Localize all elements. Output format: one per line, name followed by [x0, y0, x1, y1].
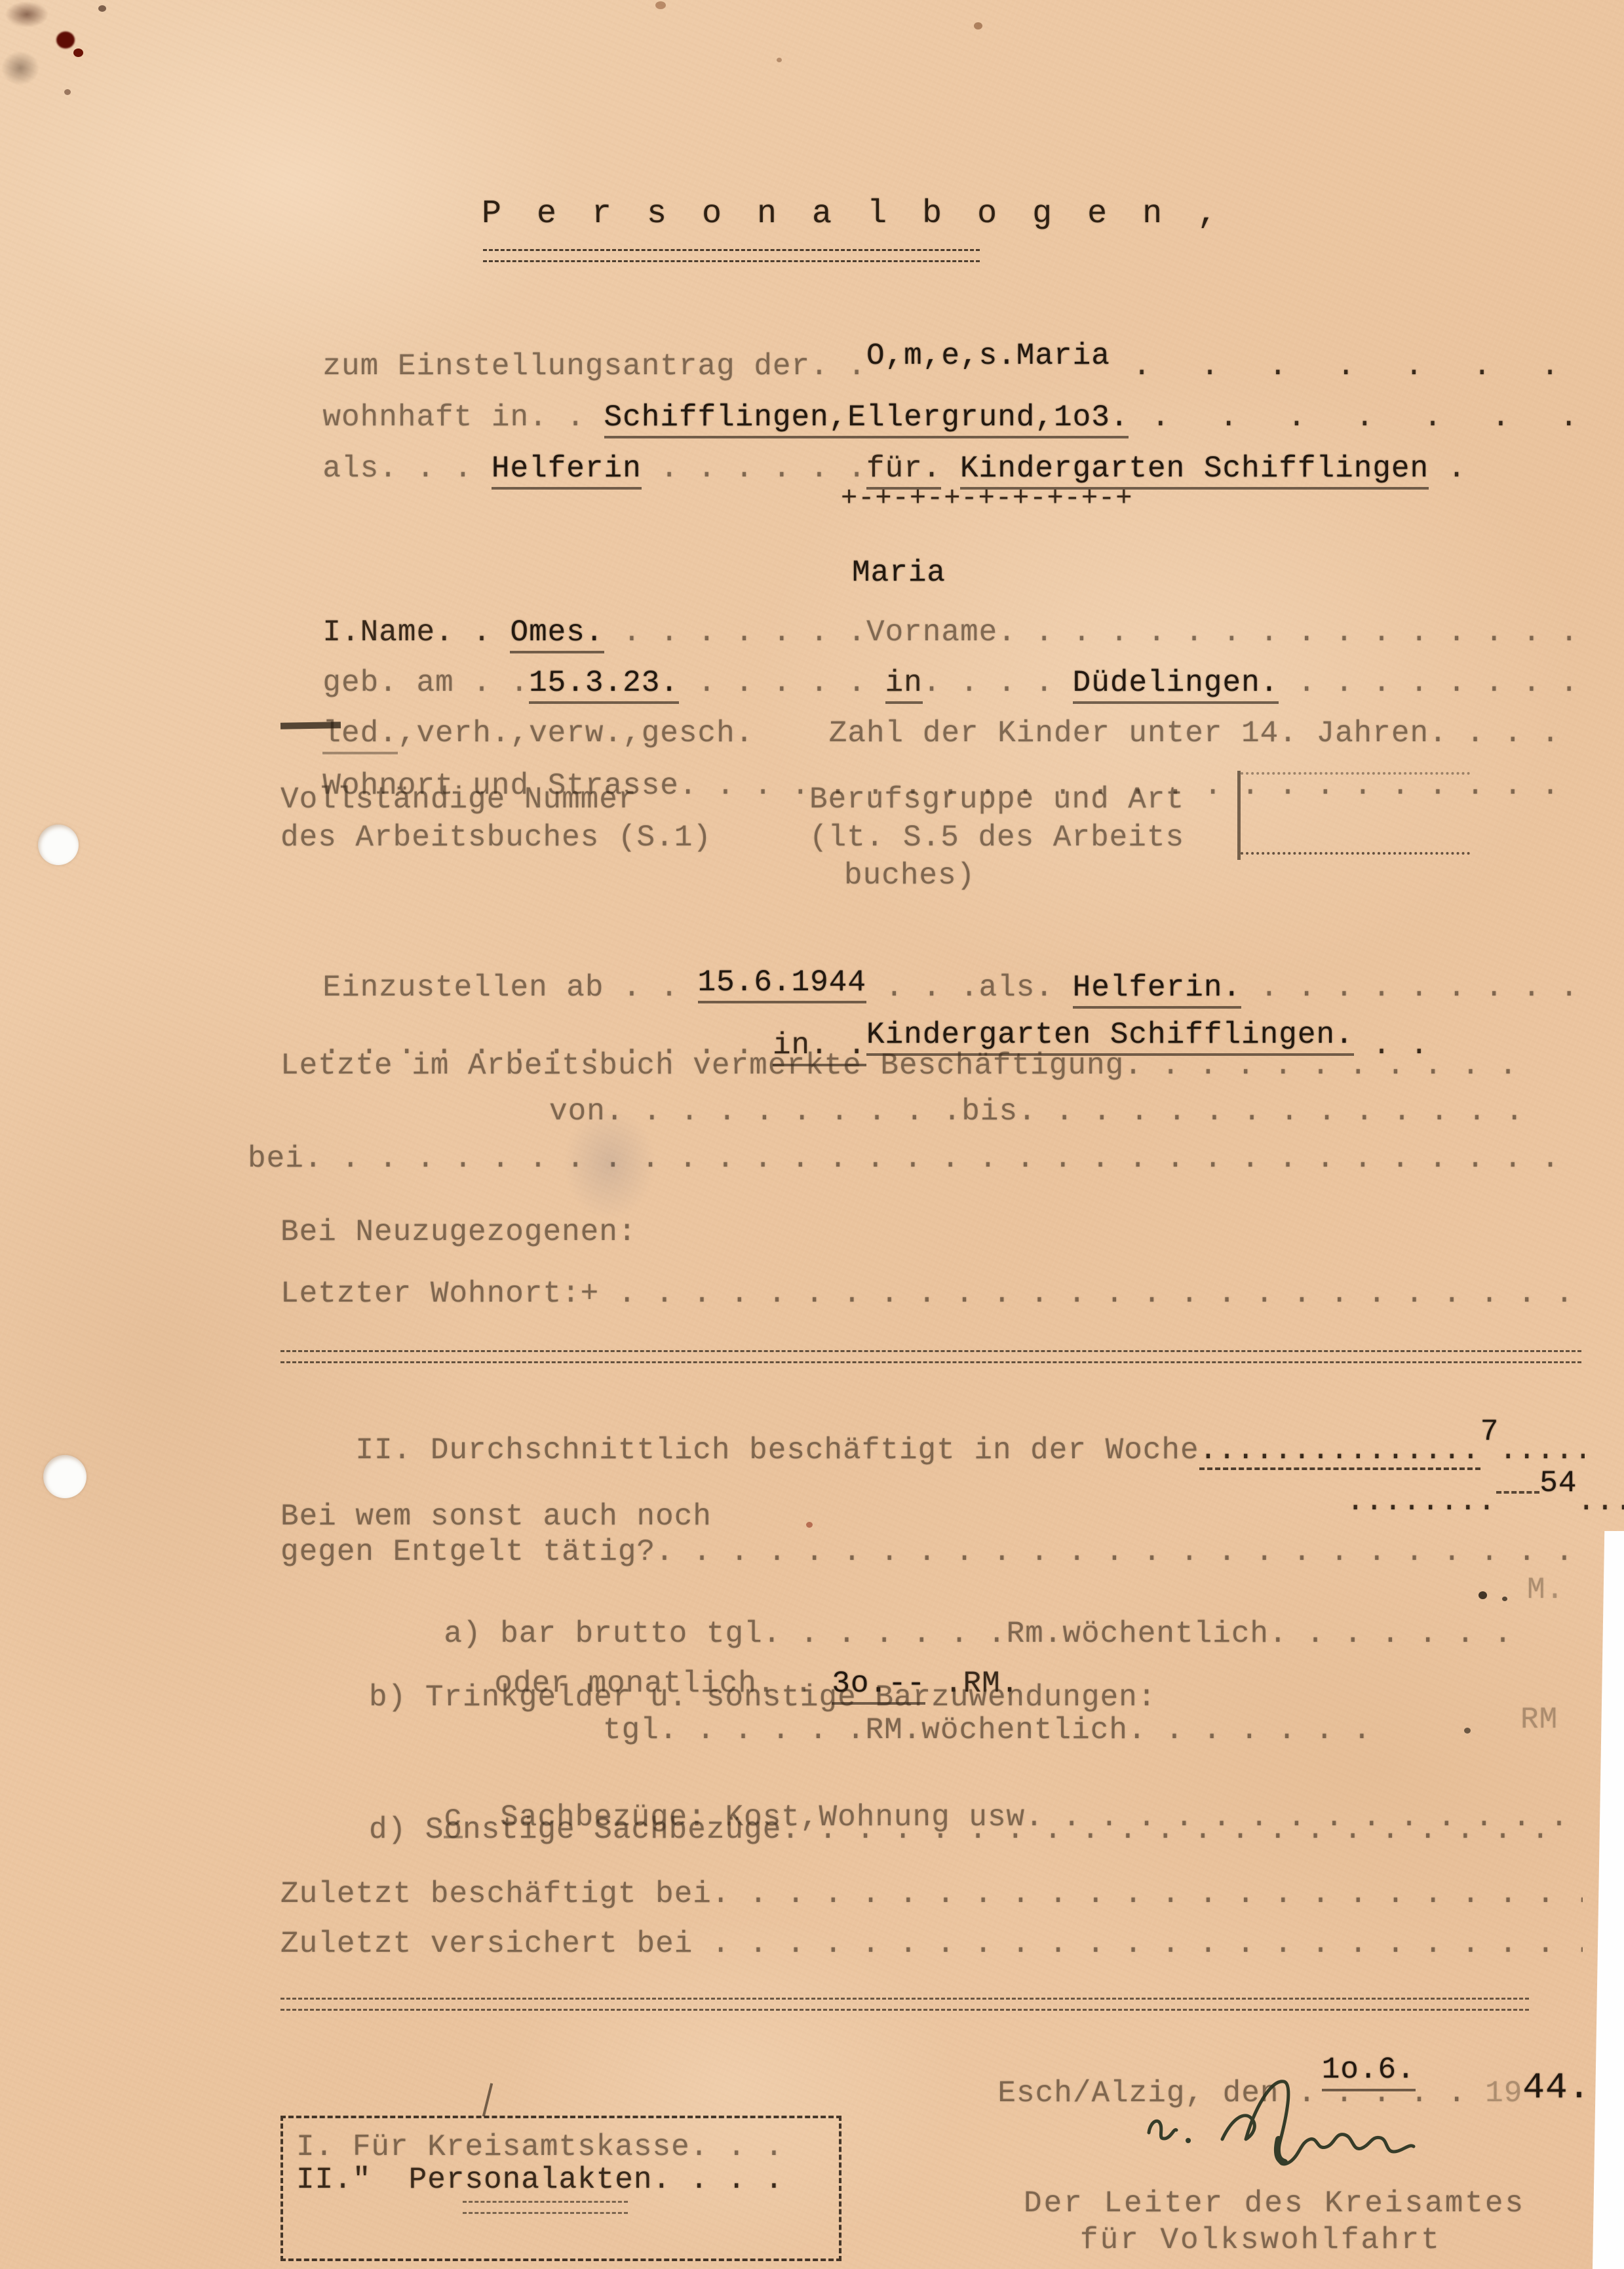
ink-stain [5, 1, 48, 28]
field-zuletzt-beschaeftigt: Zuletzt beschäftigt bei. . . . . . . . .… [280, 1877, 1583, 1912]
date-year-value: 44. [1522, 2066, 1591, 2108]
ink-speck [1464, 1728, 1471, 1734]
box-mini-separator [463, 2201, 628, 2214]
label-bei-wem-1: Bei wem sonst auch noch [280, 1500, 712, 1534]
ink-stain [98, 5, 106, 12]
smudge-blue [564, 1108, 655, 1219]
sig-title-line-2: für Volkswohlfahrt [1080, 2223, 1624, 2258]
ink-stain [1, 51, 39, 85]
paper-fleck [974, 22, 982, 29]
label-arbeitsbuch-nummer-2: des Arbeitsbuches (S.1) [280, 821, 712, 855]
bracket-bottom-dotted [1241, 852, 1470, 855]
edge-text-rm-2: RM [1520, 1703, 1558, 1737]
punch-hole-bottom [43, 1455, 87, 1498]
field-von-bis: von. . . . . . . . . .bis. . . . . . . .… [549, 1095, 1583, 1129]
label-arbeitsbuch-nummer-1: Vollständige Nummer [280, 783, 637, 817]
pen-slash-mark [482, 2083, 493, 2116]
field-letzte-beschaeftigung: Letzte im Arbeitsbuch vermerkte Beschäft… [280, 1049, 1583, 1083]
field-zuletzt-versichert: Zuletzt versichert bei . . . . . . . . .… [280, 1927, 1583, 1962]
paper-fleck [655, 1, 666, 9]
label-bei-wem-2: gegen Entgelt tätig?. . . . . . . . . . … [280, 1535, 1583, 1570]
pen-dash-mark [280, 722, 341, 729]
dash-over-mark [1496, 1491, 1539, 1500]
label-berufsgruppe-3: buches) [844, 859, 975, 893]
label: als. . . [322, 452, 491, 486]
vorname-value: Maria [852, 556, 946, 591]
sig-title-line-1: Der Leiter des Kreisamtes [1024, 2186, 1624, 2221]
header-neuzugezogene: Bei Neuzugezogenen: [280, 1215, 637, 1250]
box-line-personalakten: II." Personalakten. . . . [296, 2163, 821, 2198]
signature-ink [1124, 2062, 1439, 2193]
dotted-leader: ........ [1346, 1484, 1496, 1519]
field-d-sonstige: d) Sonstige Sachbezüge. . . . . . . . . … [369, 1813, 1583, 1848]
label-berufsgruppe-1: Berufsgruppe und Art [809, 783, 1184, 817]
hours-value: 54 [1539, 1466, 1577, 1500]
punch-hole-top [38, 824, 79, 865]
field-b-tgl: tgl. . . . . .RM.wöchentlich. . . . . . … [603, 1713, 1514, 1748]
scanned-personalbogen-page: P e r s o n a l b o g e n , zum Einstell… [0, 0, 1624, 2269]
page-title-text: P e r s o n a l b o g e n , [482, 195, 1225, 233]
ink-stain [56, 31, 75, 48]
bracket-vertical [1237, 771, 1241, 860]
paper-fleck [777, 58, 782, 62]
bracket-top-dotted [1241, 772, 1470, 775]
field-bei: bei. . . . . . . . . . . . . . . . . . .… [248, 1142, 1583, 1176]
label: II. Durchschnittlich beschäftigt in der … [355, 1433, 1199, 1467]
ink-speck [1502, 1597, 1507, 1601]
paper-edge-white [1593, 1531, 1624, 2269]
section-separator-1 [280, 1350, 1581, 1363]
plus-separator: +-+-+-+-+-+-+-+-+ [841, 482, 1132, 514]
days-value: 7 [1480, 1415, 1499, 1449]
field-b-trinkgelder: b) Trinkgelder u. sonstige Barzuwendunge… [369, 1680, 1156, 1715]
field-letzter-wohnort: Letzter Wohnort:+ . . . . . . . . . . . … [280, 1277, 1583, 1311]
box-line-kreisamtskasse: I. Für Kreisamtskasse. . . [296, 2130, 821, 2165]
ink-stain [64, 89, 71, 95]
dotted-leader: . . . . . . [642, 452, 866, 486]
label-berufsgruppe-2: (lt. S.5 des Arbeits [809, 821, 1184, 855]
page-title: P e r s o n a l b o g e n , [482, 195, 1225, 233]
ink-stain [73, 48, 83, 57]
ink-speck [1479, 1591, 1487, 1599]
role-value: Helferin [492, 452, 642, 490]
paper-fleck [806, 1522, 813, 1528]
edge-text-rm-1: M. [1527, 1573, 1564, 1608]
title-underline [483, 249, 980, 262]
section-separator-2 [280, 1998, 1529, 2011]
